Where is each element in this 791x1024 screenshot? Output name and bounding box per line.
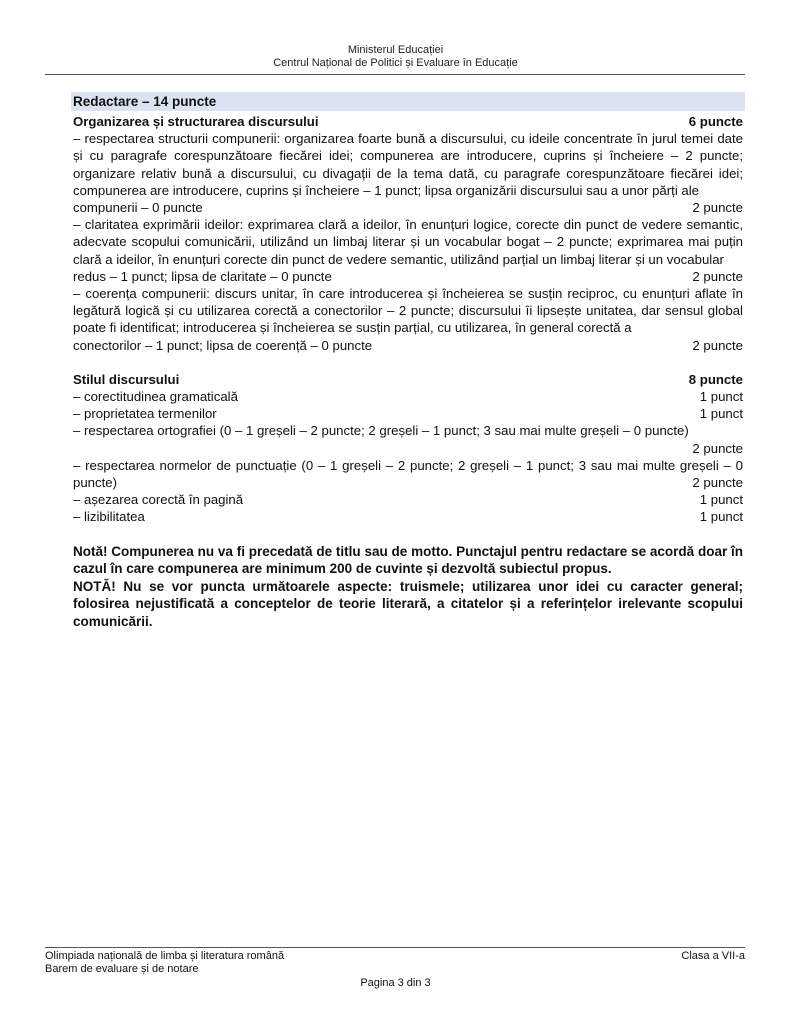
stil-item-label: – corectitudinea gramaticală (73, 388, 700, 405)
criterion-structura: – respectarea structurii compunerii: org… (73, 130, 743, 216)
stil-item-points: 2 puncte (73, 474, 743, 491)
organizare-heading: Organizarea și structurarea discursului … (73, 113, 743, 130)
criterion-last-line: conectorilor – 1 punct; lipsa de coerenț… (73, 337, 743, 354)
criterion-last-line: compunerii – 0 puncte 2 puncte (73, 199, 743, 216)
stil-item-label: – proprietatea termenilor (73, 405, 700, 422)
stil-item: – respectarea normelor de punctuație (0 … (73, 457, 743, 491)
stil-item-points: 2 puncte (73, 440, 743, 457)
criterion-last-text: compunerii – 0 puncte (73, 199, 692, 216)
stil-item-points: 1 punct (700, 508, 743, 525)
criterion-last-line: redus – 1 punct; lipsa de claritate – 0 … (73, 268, 743, 285)
section-title: Redactare – 14 puncte (71, 92, 745, 111)
stil-item: – proprietatea termenilor 1 punct (73, 405, 743, 422)
page-number: Pagina 3 din 3 (0, 977, 791, 989)
spacer (73, 354, 743, 371)
criterion-points: 2 puncte (692, 337, 743, 354)
criterion-points: 2 puncte (692, 199, 743, 216)
page-header: Ministerul Educației Centrul Național de… (0, 44, 791, 70)
stil-title: Stilul discursului (73, 371, 689, 388)
footer-barem: Barem de evaluare și de notare (45, 963, 284, 976)
criterion-points: 2 puncte (692, 268, 743, 285)
spacer (73, 526, 743, 543)
criterion-coerenta: – coerența compunerii: discurs unitar, î… (73, 285, 743, 354)
criterion-text: – respectarea structurii compunerii: org… (73, 130, 743, 199)
footer-divider (45, 947, 745, 948)
stil-item-label: – așezarea corectă în pagină (73, 491, 700, 508)
footer-left: Olimpiada națională de limba și literatu… (45, 950, 284, 976)
organizare-points: 6 puncte (689, 113, 743, 130)
stil-item-label: – respectarea ortografiei (0 – 1 greșeli… (73, 422, 743, 439)
header-center: Centrul Național de Politici și Evaluare… (0, 57, 791, 70)
stil-item: – lizibilitatea 1 punct (73, 508, 743, 525)
criterion-last-text: redus – 1 punct; lipsa de claritate – 0 … (73, 268, 692, 285)
stil-item: – corectitudinea gramaticală 1 punct (73, 388, 743, 405)
criterion-claritate: – claritatea exprimării ideilor: exprima… (73, 216, 743, 285)
footer-class: Clasa a VII-a (681, 950, 745, 963)
stil-item-points: 1 punct (700, 405, 743, 422)
stil-item-points: 1 punct (700, 388, 743, 405)
stil-item-points: 1 punct (700, 491, 743, 508)
stil-item: – așezarea corectă în pagină 1 punct (73, 491, 743, 508)
header-ministry: Ministerul Educației (0, 44, 791, 57)
header-divider (45, 74, 745, 75)
criterion-last-text: conectorilor – 1 punct; lipsa de coerenț… (73, 337, 692, 354)
stil-item: – respectarea ortografiei (0 – 1 greșeli… (73, 422, 743, 456)
criterion-text: – claritatea exprimării ideilor: exprima… (73, 216, 743, 268)
organizare-title: Organizarea și structurarea discursului (73, 113, 689, 130)
note-1: Notă! Compunerea nu va fi precedată de t… (73, 543, 743, 578)
stil-item-label: – lizibilitatea (73, 508, 700, 525)
footer-olympiad: Olimpiada națională de limba și literatu… (45, 950, 284, 963)
document-body: Redactare – 14 puncte Organizarea și str… (73, 92, 743, 630)
criterion-text: – coerența compunerii: discurs unitar, î… (73, 285, 743, 337)
note-2: NOTĂ! Nu se vor puncta următoarele aspec… (73, 578, 743, 631)
stil-points: 8 puncte (689, 371, 743, 388)
stil-heading: Stilul discursului 8 puncte (73, 371, 743, 388)
